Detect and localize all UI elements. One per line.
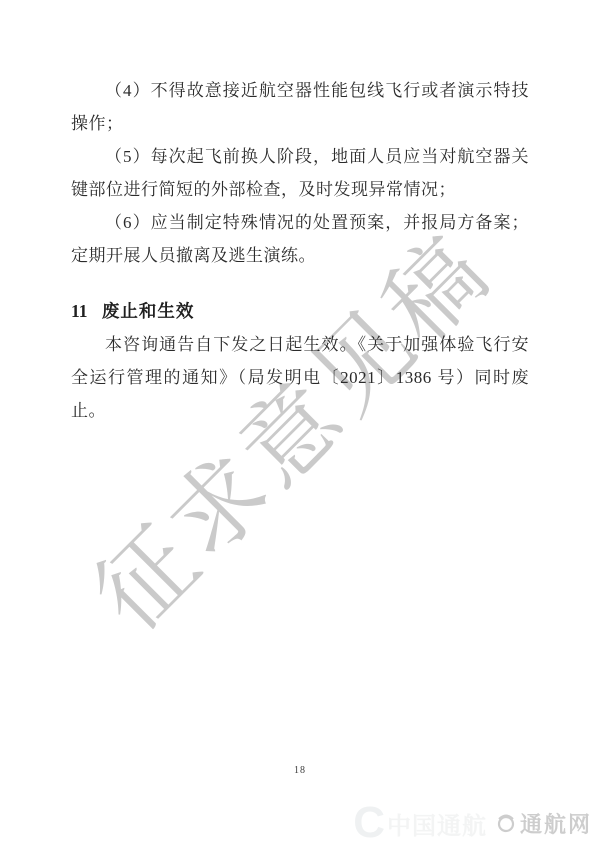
paragraph-item-4: （4）不得故意接近航空器性能包线飞行或者演示特技操作； xyxy=(71,74,529,140)
paragraph-item-5: （5）每次起飞前换人阶段，地面人员应当对航空器关键部位进行简短的外部检查，及时发… xyxy=(71,140,529,206)
closing-paragraph: 本咨询通告自下发之日起生效。《关于加强体验飞行安全运行管理的通知》（局发明电〔2… xyxy=(71,328,529,427)
page-number: 18 xyxy=(0,765,600,776)
logo-c-mark: C xyxy=(353,801,385,845)
section-number: 11 xyxy=(71,301,88,321)
logo-light-text: 中国通航 xyxy=(387,806,487,841)
section-title: 废止和生效 xyxy=(102,301,195,321)
document-body: （4）不得故意接近航空器性能包线飞行或者演示特技操作； （5）每次起飞前换人阶段… xyxy=(71,74,529,427)
paragraph-item-6: （6）应当制定特殊情况的处置预案，并报局方备案；定期开展人员撤离及逃生演练。 xyxy=(71,206,529,272)
site-logo-watermark: C 中国通航 通航网 xyxy=(353,801,592,845)
aviation-ring-icon xyxy=(495,812,517,834)
section-heading: 11 废止和生效 xyxy=(71,295,529,328)
logo-dark-text: 通航网 xyxy=(520,808,592,839)
document-page: 征求意见稿 （4）不得故意接近航空器性能包线飞行或者演示特技操作； （5）每次起… xyxy=(0,0,600,848)
